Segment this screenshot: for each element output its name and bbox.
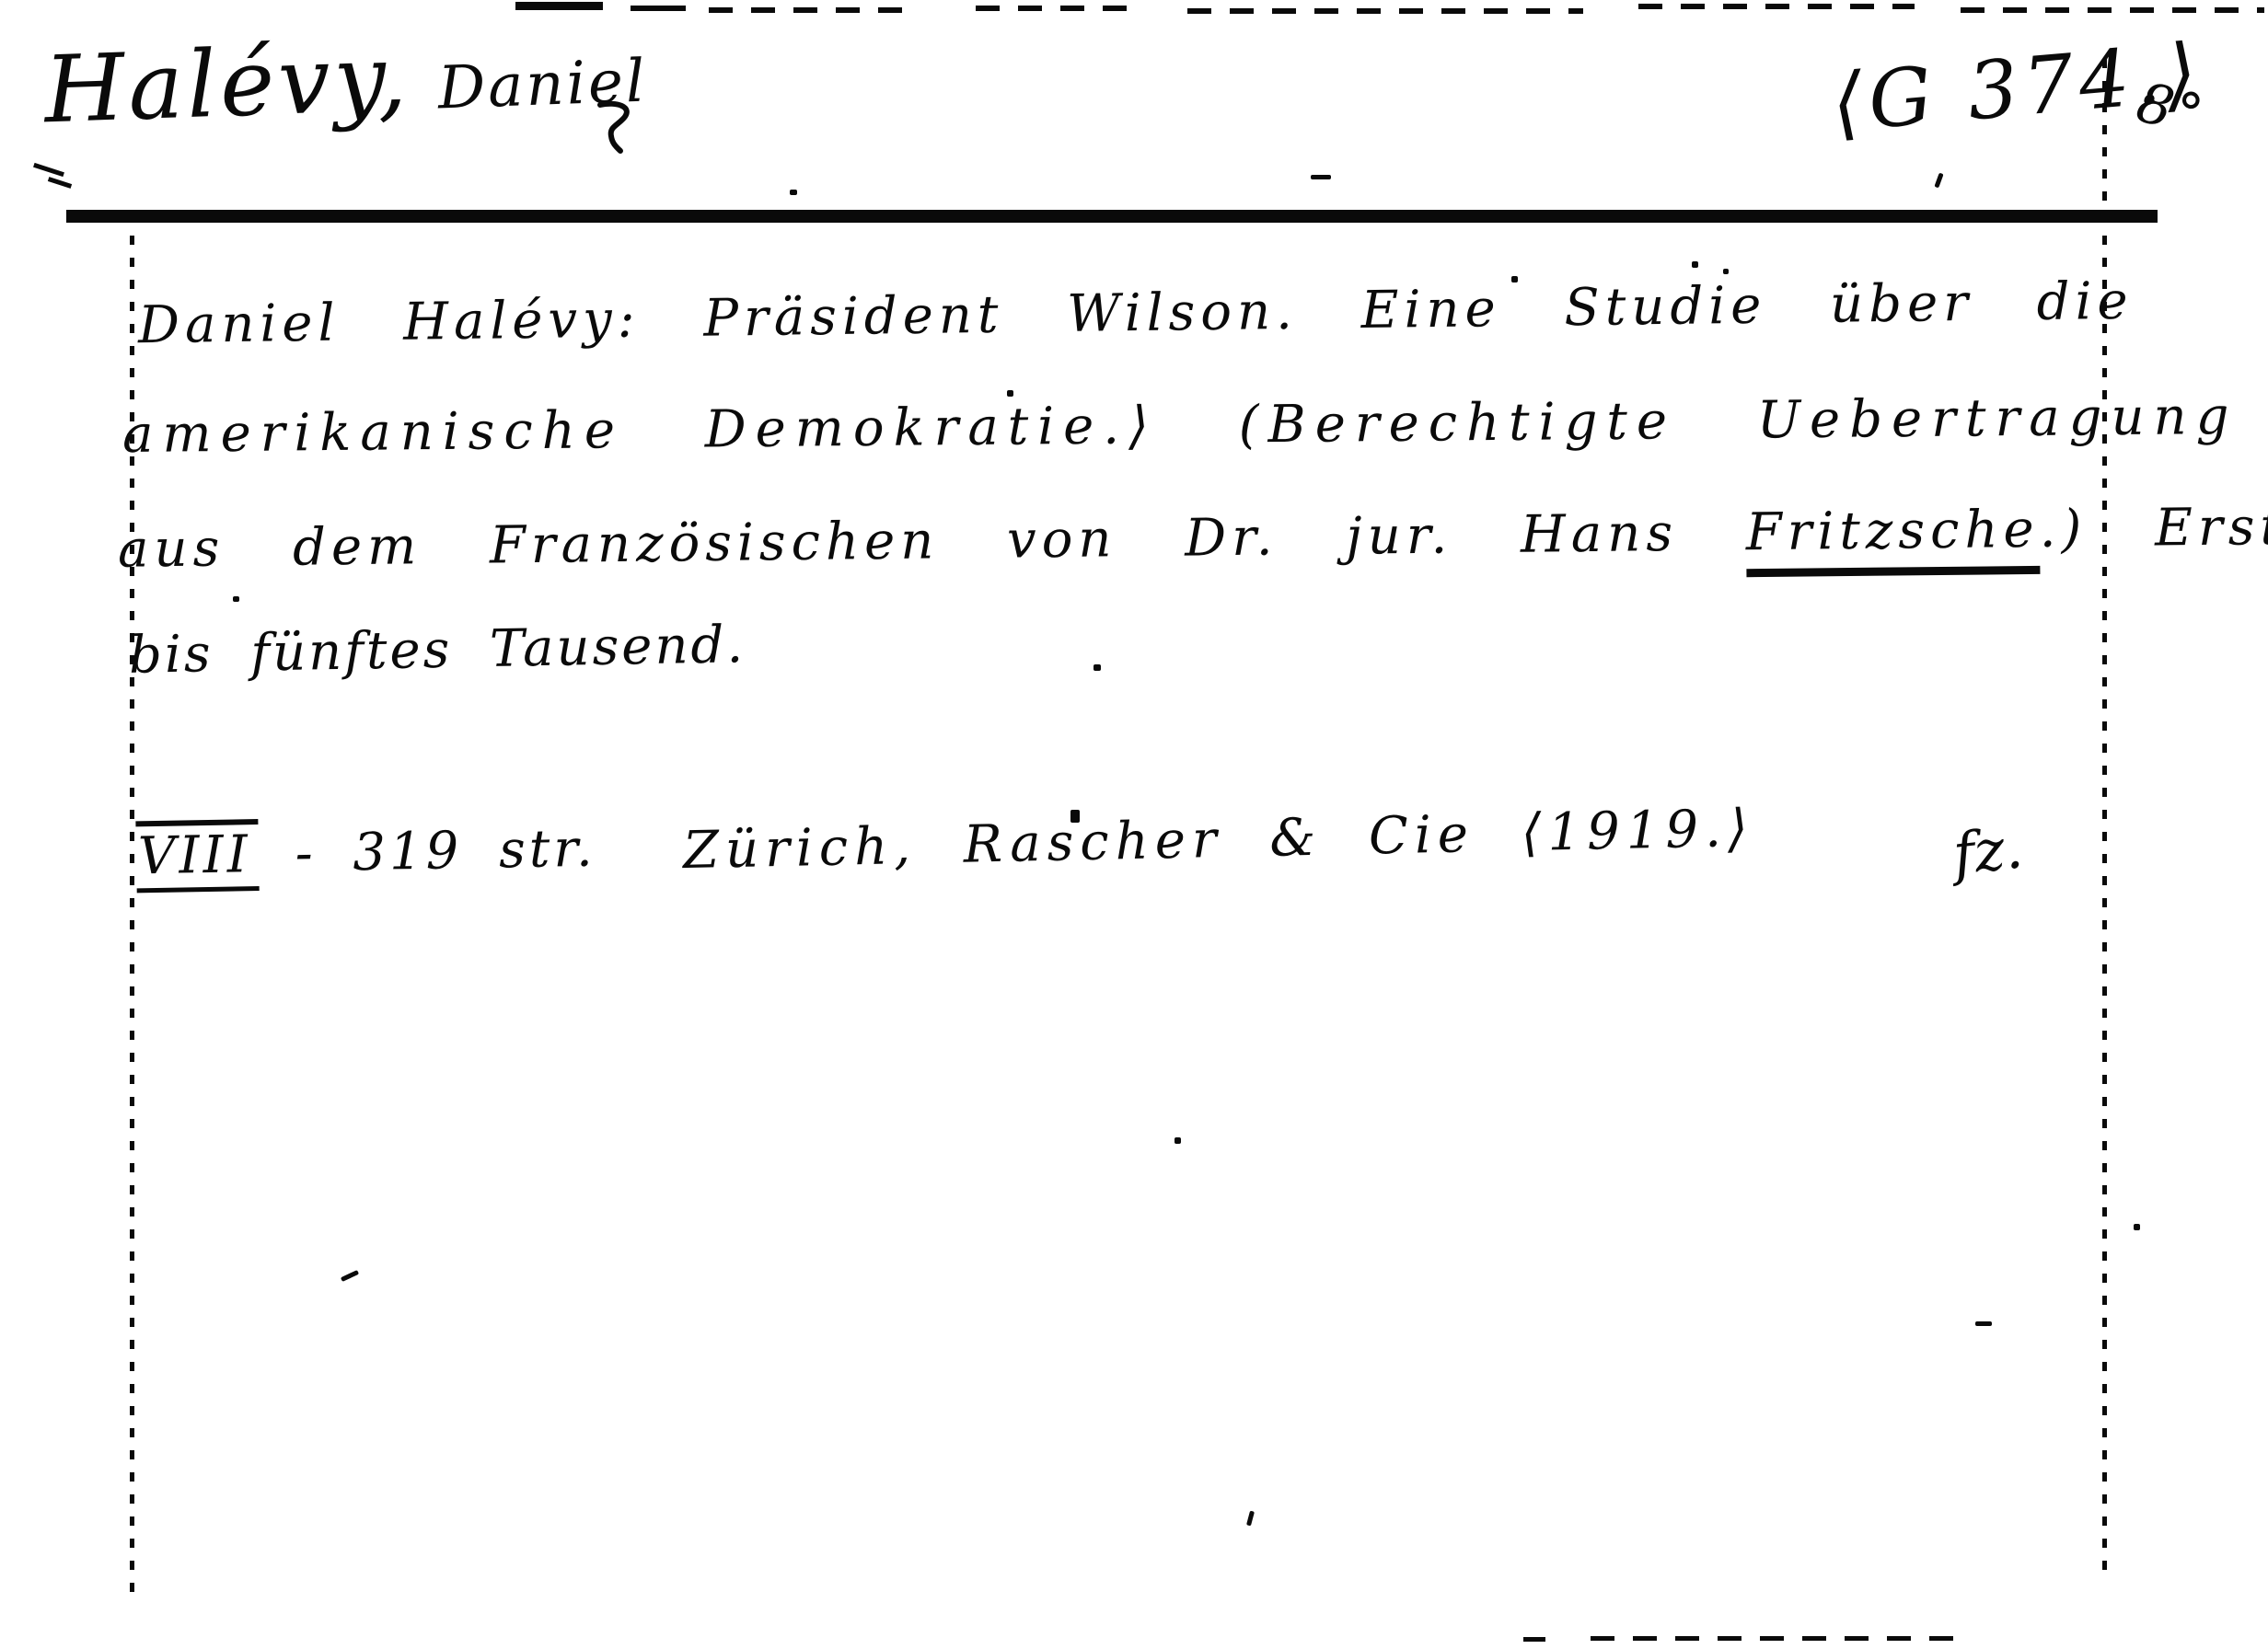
title-line-2: amerikanische Demokratie.⟩ (Berechtigte …: [122, 386, 2239, 465]
scan-artifact: [1246, 1511, 1255, 1527]
scan-artifact: [1934, 173, 1943, 189]
scan-artifact: [1638, 4, 1915, 9]
heading-rule: [66, 210, 2158, 223]
cataloguer-initials: fz.: [1950, 813, 2026, 887]
scan-artifact: [790, 190, 797, 195]
collation-pages: - 319 str.: [295, 819, 596, 884]
scan-artifact: [1007, 390, 1013, 397]
scan-artifact: [1093, 664, 1101, 671]
title-line-3-post: .) Erstes: [2039, 496, 2268, 559]
translator-name-underlined: Fritzsche: [1745, 500, 2040, 577]
scan-artifact: [1311, 175, 1331, 179]
title-line-3-pre: aus dem Französischen von Dr. jur. Hans: [118, 503, 1679, 580]
title-line-3: aus dem Französischen von Dr. jur. Hans …: [118, 496, 2268, 579]
scan-artifact: [1174, 1137, 1181, 1144]
scan-artifact: [1692, 261, 1698, 268]
scan-artifact: [1511, 276, 1518, 283]
heading-author: Halévy, Daniel: [42, 16, 649, 144]
publisher-line: Zürich, Rascher & Cie ⟨1919.⟩: [682, 799, 1754, 881]
scan-artifact: [1975, 1321, 1992, 1326]
scan-artifact: [631, 6, 686, 11]
scan-artifact: [341, 1270, 359, 1282]
collation: VIII - 319 str.: [135, 819, 596, 887]
scan-artifact: [1070, 810, 1080, 823]
scan-artifact: [33, 163, 64, 177]
scan-artifact: [1961, 7, 2264, 13]
scan-artifact: [1187, 8, 1583, 14]
scan-artifact: [48, 177, 72, 189]
title-line-1: Daniel Halévy: Präsident Wilson. Eine St…: [138, 271, 2134, 355]
author-surname: Halévy,: [42, 24, 411, 144]
collation-roman-numeral: VIII: [135, 819, 259, 893]
scan-artifact: [1591, 1636, 1968, 1641]
scan-artifact: [709, 7, 920, 13]
scan-artifact: [233, 596, 239, 602]
scan-artifact: [1723, 269, 1729, 274]
scan-artifact: [976, 6, 1132, 11]
scan-artifact: [515, 2, 603, 10]
catalog-card: Halévy, Daniel ⟨G 374.⟩ 8° Daniel Halévy…: [0, 0, 2268, 1649]
scan-artifact: [2134, 1224, 2140, 1230]
title-line-4: bis fünftes Tausend.: [128, 615, 746, 686]
flourish-mark: [596, 99, 639, 155]
scan-artifact: [1523, 1637, 1545, 1642]
